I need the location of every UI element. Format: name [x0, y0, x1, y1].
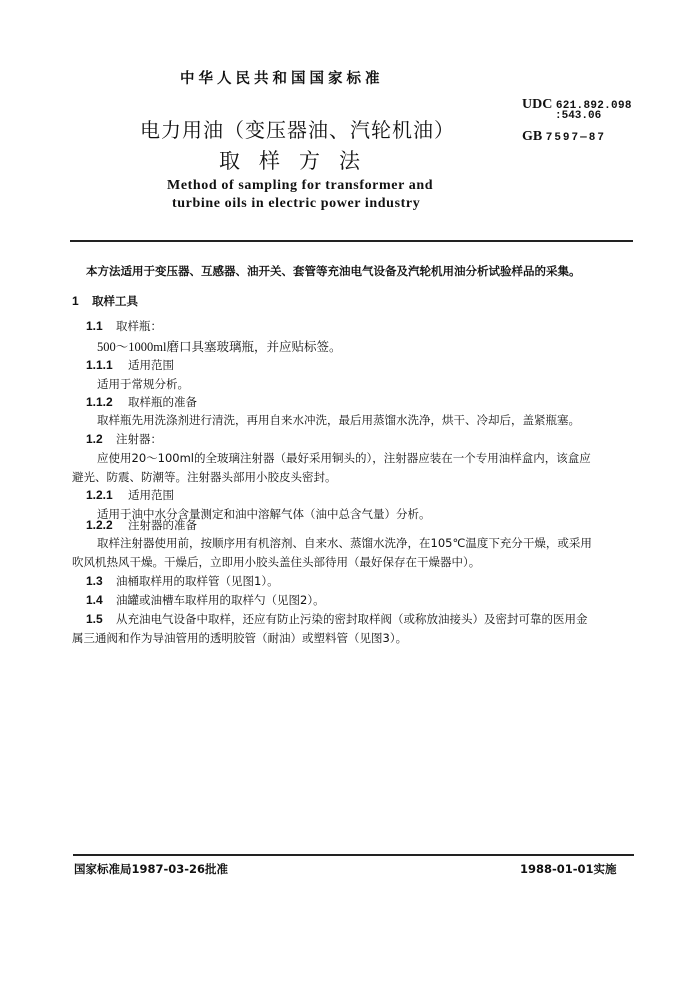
section-title: 取样工具	[92, 294, 138, 308]
section-1-3: 1.3油桶取样用的取样管（见图1）。	[86, 573, 279, 589]
footer-divider	[73, 854, 634, 856]
section-1-1-heading: 1.1取样瓶：	[86, 318, 162, 334]
section-number: 1.4	[86, 593, 116, 607]
title-en-line2: turbine oils in electric power industry	[172, 196, 420, 212]
section-1-1-2-text: 取样瓶先用洗涤剂进行清洗，再用自来水冲洗，最后用蒸馏水洗净，烘干、冷却后，盖紧瓶…	[97, 412, 580, 428]
section-1-2-2-text-line2: 吹风机热风干燥。干燥后，立即用小胶头盖住头部待用（最好保存在干燥器中）。	[72, 554, 480, 570]
section-1-2-text-line2: 避光、防震、防潮等。注射器头部用小胶皮头密封。	[72, 469, 337, 485]
section-number: 1.2	[86, 432, 116, 446]
header-divider	[70, 240, 633, 242]
section-1-2-1-heading: 1.2.1适用范围	[86, 487, 174, 503]
section-title: 适用范围	[128, 358, 174, 372]
section-1-heading: 1取样工具	[72, 293, 138, 309]
effective-date: 1988-01-01实施	[520, 861, 617, 877]
section-number: 1.2.1	[86, 488, 128, 502]
section-text: 油桶取样用的取样管（见图1）。	[116, 574, 279, 588]
title-cn: 电力用油（变压器油、汽轮机油）	[140, 114, 455, 143]
section-title: 取样瓶：	[116, 319, 162, 333]
gb-number: GB 7597—87	[522, 129, 606, 145]
section-1-4: 1.4油罐或油槽车取样用的取样勺（见图2）。	[86, 592, 325, 608]
section-number: 1.1	[86, 319, 116, 333]
section-1-2-2-heading: 1.2.2注射器的准备	[86, 517, 197, 533]
gb-label: GB	[522, 129, 542, 144]
section-1-1-text: 500～1000ml磨口具塞玻璃瓶，并应贴标签。	[97, 337, 341, 355]
udc-code-line2: :543.06	[555, 110, 601, 122]
title-en-line1: Method of sampling for transformer and	[167, 178, 433, 194]
section-text-line1: 从充油电气设备中取样，还应有防止污染的密封取样阀（或称放油接头）及密封可靠的医用…	[116, 612, 588, 626]
title-cn-subtitle: 取样方法	[219, 145, 379, 175]
section-number: 1.3	[86, 574, 116, 588]
section-1-1-1-text: 适用于常规分析。	[97, 376, 189, 392]
section-1-2-heading: 1.2注射器：	[86, 431, 162, 447]
gb-number-value: 7597—87	[546, 132, 606, 144]
section-1-2-text-line1: 应使用20～100ml的全玻璃注射器（最好采用铜头的），注射器应装在一个专用油样…	[97, 450, 591, 466]
section-title: 注射器：	[116, 432, 162, 446]
section-title: 取样瓶的准备	[128, 395, 197, 409]
section-title: 适用范围	[128, 488, 174, 502]
section-1-1-1-heading: 1.1.1适用范围	[86, 357, 174, 373]
intro-text: 本方法适用于变压器、互感器、油开关、套管等充油电气设备及汽轮机用油分析试验样品的…	[86, 263, 581, 279]
section-number: 1.1.2	[86, 395, 128, 409]
section-number: 1.2.2	[86, 518, 128, 532]
section-1-5: 1.5从充油电气设备中取样，还应有防止污染的密封取样阀（或称放油接头）及密封可靠…	[86, 611, 588, 627]
section-title: 注射器的准备	[128, 518, 197, 532]
section-1-2-2-text-line1: 取样注射器使用前，按顺序用有机溶剂、自来水、蒸馏水洗净，在105℃温度下充分干燥…	[97, 535, 592, 551]
section-number: 1	[72, 294, 92, 308]
section-1-5-text-line2: 属三通阀和作为导油管用的透明胶管（耐油）或塑料管（见图3）。	[72, 630, 407, 646]
section-number: 1.5	[86, 612, 116, 626]
approval-date: 国家标准局1987-03-26批准	[74, 861, 228, 877]
standard-type-heading: 中华人民共和国国家标准	[180, 67, 384, 88]
section-text: 油罐或油槽车取样用的取样勺（见图2）。	[116, 593, 325, 607]
udc-label: UDC	[522, 97, 552, 112]
section-1-1-2-heading: 1.1.2取样瓶的准备	[86, 394, 197, 410]
section-number: 1.1.1	[86, 358, 128, 372]
